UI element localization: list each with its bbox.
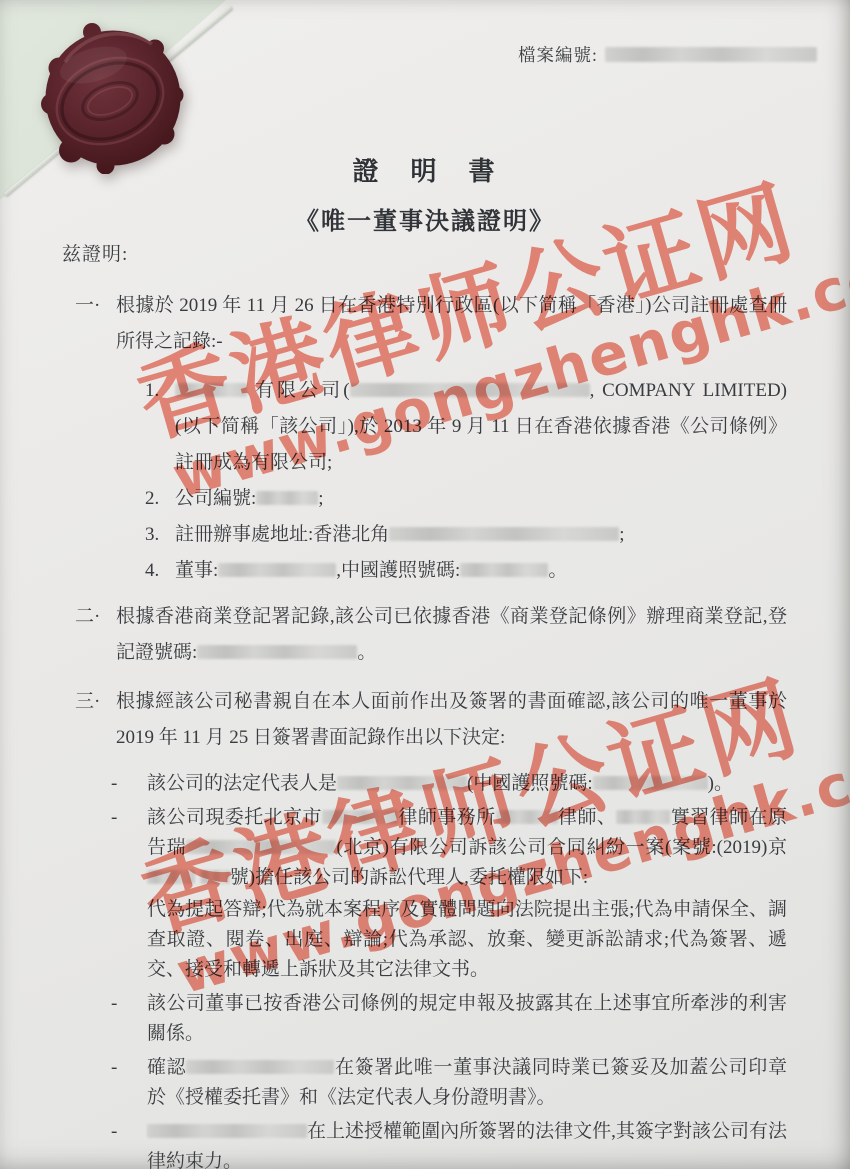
item-text: 根據經該公司秘書親自在本人面前作出及簽署的書面確認,該公司的唯一董事於 2019… [116,684,787,756]
doc-flow: 一·根據於 2019 年 11 月 26 日在香港特別行政區(以下简稱「香港」)… [75,288,787,1169]
document-page: 檔案編號: 證 明 書 《唯一董事決議證明》 兹證明: 一·根據於 2019 年… [0,0,850,1169]
document-photo: { "header": { "filing_label": "檔案編號:", "… [0,0,850,1169]
item-marker: - [111,989,147,1049]
list-item: 1. 有限公司(, COMPANY LIMITED)(以下简稱「該公司」),於 … [145,373,787,481]
item-marker: - [111,803,147,893]
filing-label: 檔案編號: [518,42,598,67]
item-marker: 3. [145,517,175,553]
redacted-text [218,563,336,577]
redacted-text [186,1060,334,1074]
redacted-text [197,645,357,659]
item-text: 該公司的法定代表人是(中國護照號碼:)。 [147,769,787,799]
redacted-text [322,810,398,824]
item-marker: - [111,769,147,799]
resolution-item: -該公司現委托北京市律師事務所律師、實習律師在原告瑞(北京)有限公司訴該公司合同… [111,803,787,893]
resolution-item: -確認在簽署此唯一董事決議同時業已簽妥及加蓋公司印章於《授權委托書》和《法定代表… [111,1053,787,1113]
item-marker: 二· [75,599,116,671]
item-text: 註冊辦事處地址:香港北角; [175,517,787,553]
resolution-item: -在上述授權範圍內所簽署的法律文件,其簽字對該公司有法律約束力。 [111,1117,787,1169]
section-paragraph: 三·根據經該公司秘書親自在本人面前作出及簽署的書面確認,該公司的唯一董事於 20… [75,684,787,756]
item-text: 在上述授權範圍內所簽署的法律文件,其簽字對該公司有法律約束力。 [147,1117,787,1169]
redacted-text [256,491,318,505]
doc-subtitle: 《唯一董事決議證明》 [0,201,850,236]
intro-line: 兹證明: [62,239,128,266]
redacted-text [616,810,670,824]
redacted-text [337,776,467,790]
resolution-item: -該公司董事已按香港公司條例的規定申報及披露其在上述事宜所牽涉的利害關係。 [111,989,787,1049]
item-text: 董事:,中國護照號碼:。 [175,553,787,589]
item-text: 該公司現委托北京市律師事務所律師、實習律師在原告瑞(北京)有限公司訴該公司合同糾… [147,803,787,893]
item-text: 確認在簽署此唯一董事決議同時業已簽妥及加蓋公司印章於《授權委托書》和《法定代表人… [147,1053,787,1113]
item-text: 代為提起答辯;代為就本案程序及實體問題向法院提出主張;代為申請保全、調查取證、閱… [147,895,787,985]
item-marker: 1. [145,373,175,481]
redacted-text [147,870,195,884]
item-marker: 4. [145,553,175,589]
paragraph: 代為提起答辯;代為就本案程序及實體問題向法院提出主張;代為申請保全、調查取證、閱… [147,895,787,985]
item-marker: 2. [145,481,175,517]
resolution-item: -該公司的法定代表人是(中國護照號碼:)。 [111,769,787,799]
filing-number-redacted [605,47,817,62]
wax-seal-icon [38,22,188,174]
list-item: 3.註冊辦事處地址:香港北角; [145,517,787,553]
redacted-text [460,563,548,577]
list-item: 2.公司編號:; [145,481,787,517]
redacted-text [496,810,558,824]
item-text: 有限公司(, COMPANY LIMITED)(以下简稱「該公司」),於 201… [175,373,787,481]
redacted-text [593,776,708,790]
item-text: 根據於 2019 年 11 月 26 日在香港特別行政區(以下简稱「香港」)公司… [116,288,787,360]
redacted-text [389,527,619,541]
redacted-text [175,383,247,397]
item-text: 公司編號:; [175,481,787,517]
section-paragraph: 一·根據於 2019 年 11 月 26 日在香港特別行政區(以下简稱「香港」)… [75,288,787,360]
item-text: 該公司董事已按香港公司條例的規定申報及披露其在上述事宜所牽涉的利害關係。 [147,989,787,1049]
item-marker: 一· [75,288,116,360]
redacted-text [147,1124,307,1138]
item-marker: 三· [75,684,116,756]
redacted-text [350,383,590,397]
filing-number-row: 檔案編號: [518,42,817,67]
item-marker: - [111,1117,147,1169]
redacted-text [186,840,336,854]
list-item: 4.董事:,中國護照號碼:。 [145,553,787,589]
section-paragraph: 二·根據香港商業登記署記錄,該公司已依據香港《商業登記條例》辦理商業登記,登記證… [75,599,787,671]
item-marker: - [111,1053,147,1113]
item-text: 根據香港商業登記署記錄,該公司已依據香港《商業登記條例》辦理商業登記,登記證號碼… [116,599,787,671]
redacted-text [200,870,230,884]
